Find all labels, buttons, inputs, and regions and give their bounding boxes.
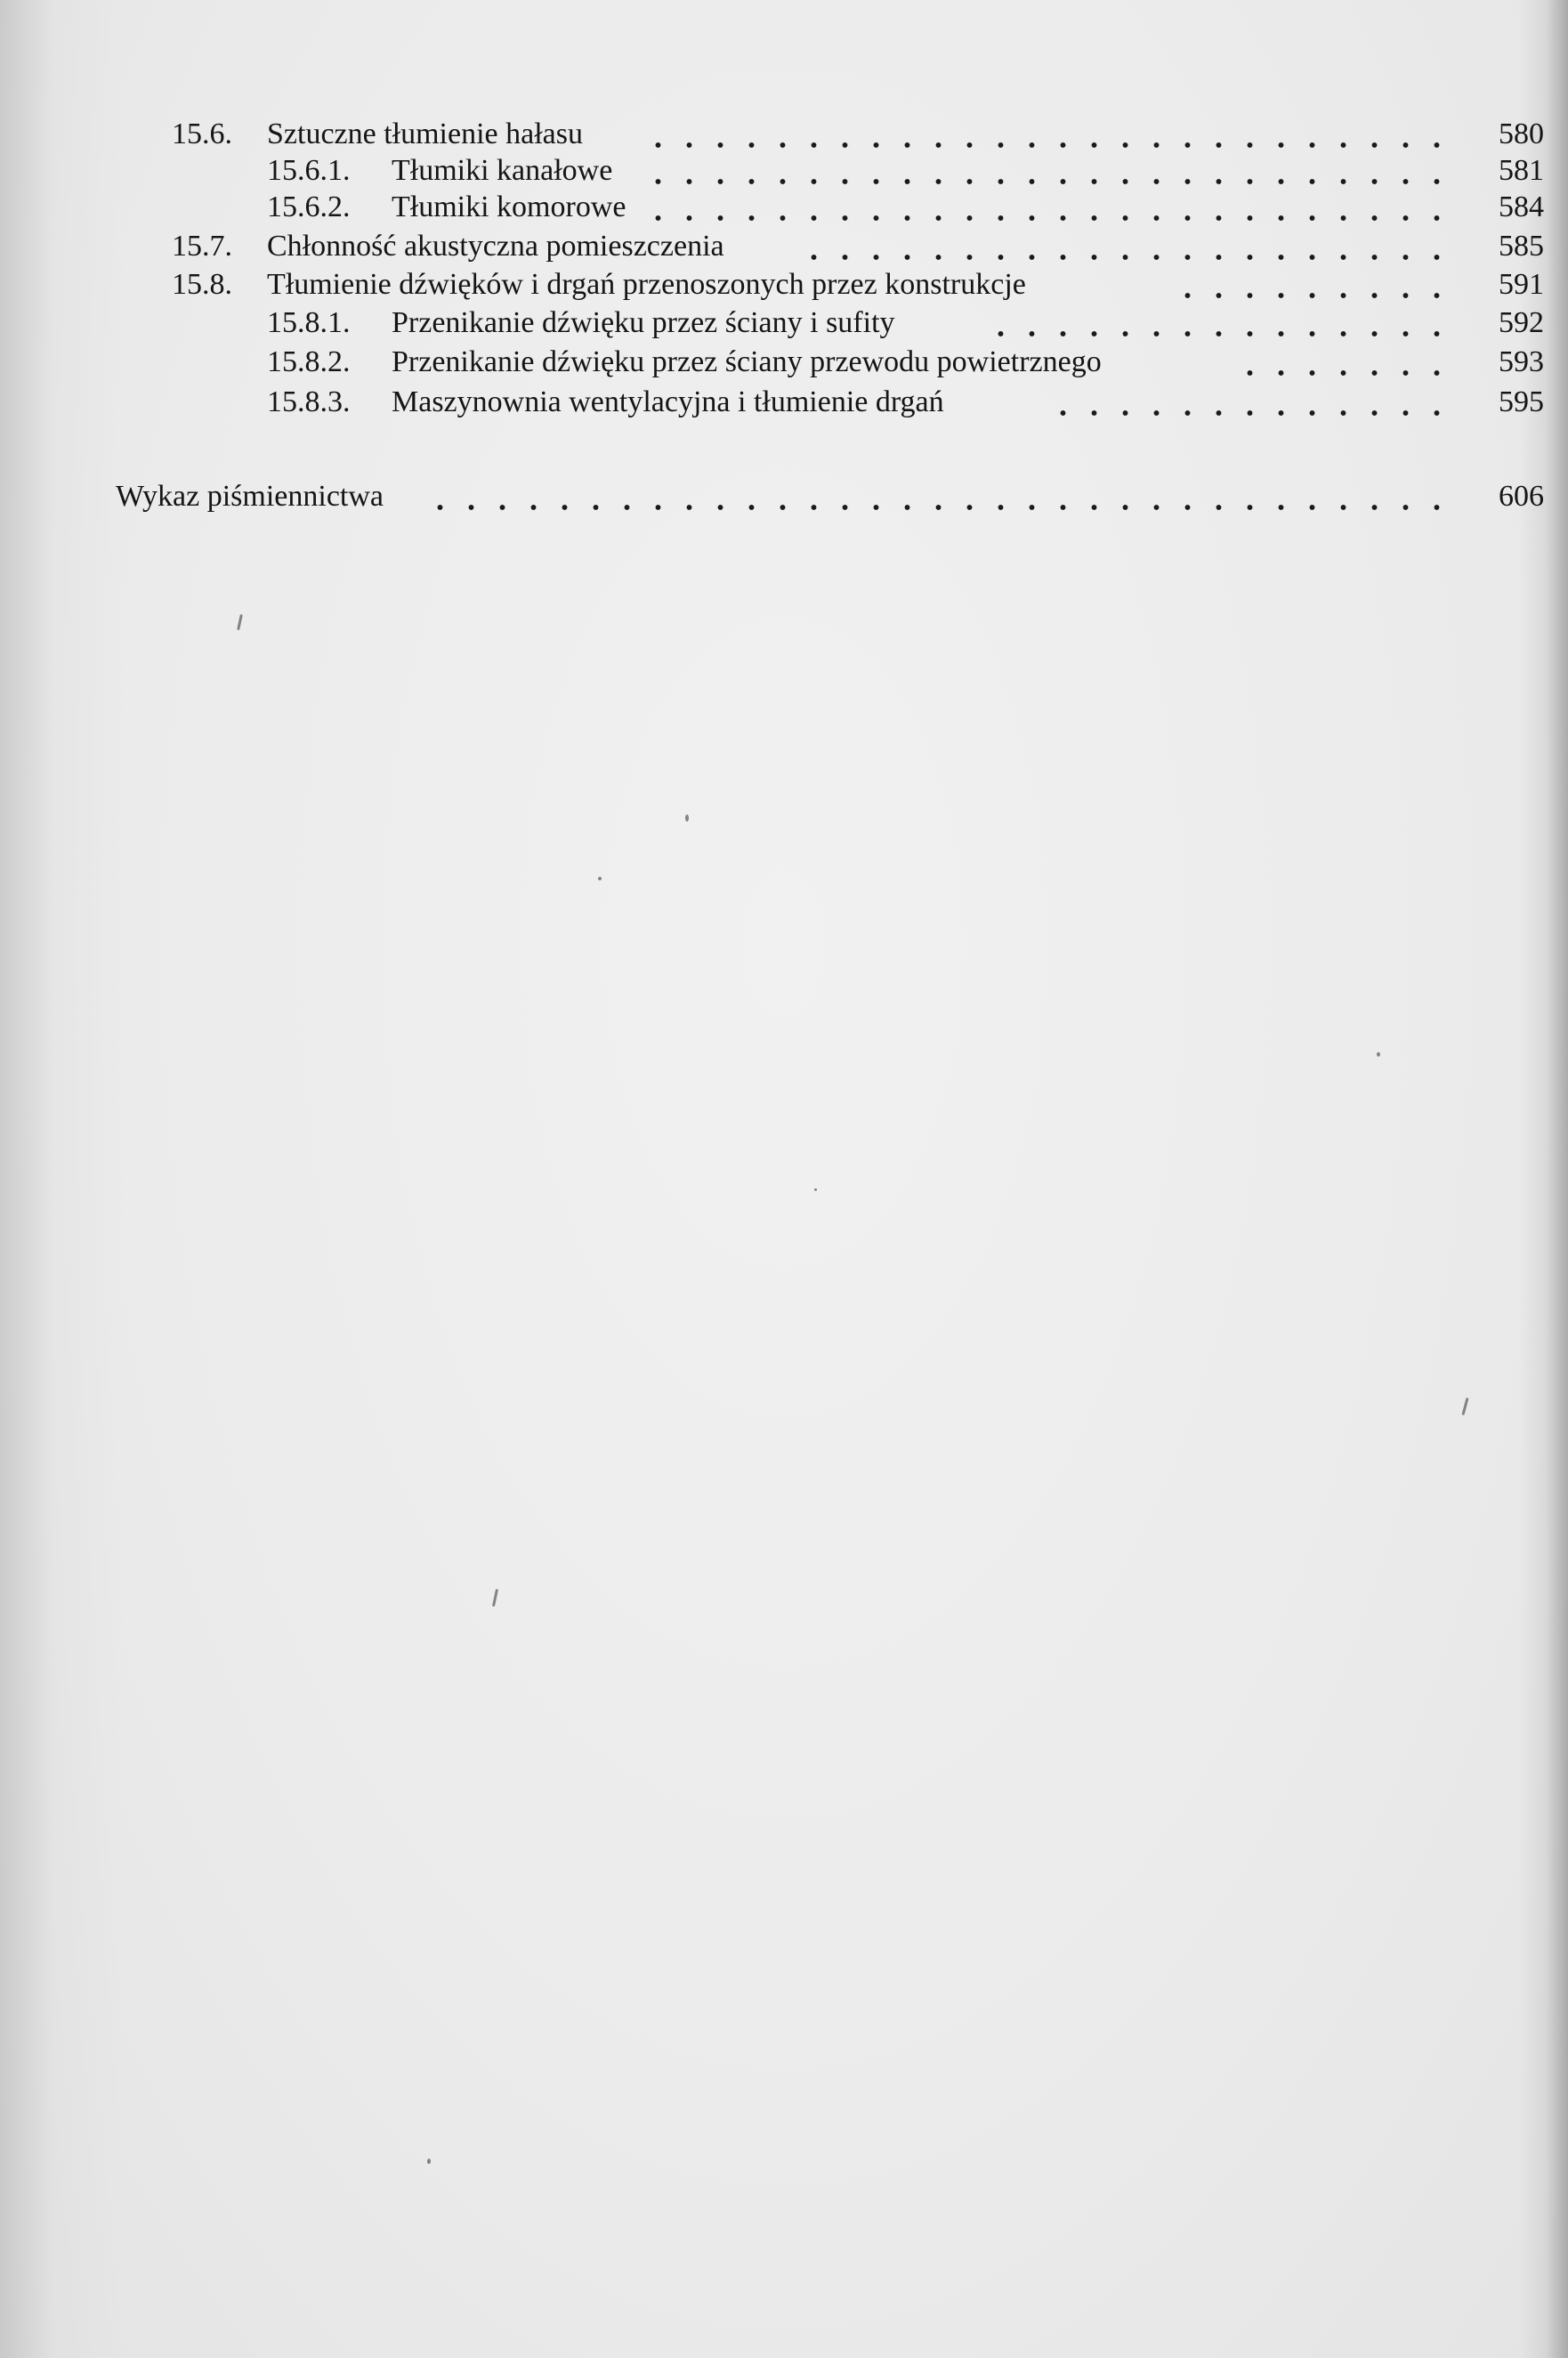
page-number: 584 (1495, 190, 1544, 225)
section-number: 15.6.2. (267, 190, 351, 225)
speck (814, 1188, 817, 1191)
section-title: Tłumienie dźwięków i drgań przenoszonych… (267, 267, 1026, 303)
section-title: Maszynownia wentylacyjna i tłumienie drg… (392, 385, 944, 420)
toc-entry[interactable]: 15.8.1. Przenikanie dźwięku przez ściany… (0, 305, 1568, 341)
section-number: 15.6. (172, 117, 232, 152)
dot-leader (1050, 385, 1459, 420)
page-number: 580 (1495, 117, 1544, 152)
section-number: 15.8.2. (267, 344, 351, 380)
dot-leader (654, 190, 1459, 225)
page-number: 591 (1495, 267, 1544, 303)
dot-leader (792, 229, 1459, 264)
speck (598, 877, 602, 880)
dot-leader (979, 305, 1459, 341)
toc-entry[interactable]: 15.7. Chłonność akustyczna pomieszczenia… (0, 229, 1568, 264)
page-number: 595 (1495, 385, 1544, 420)
section-number: 15.8.3. (267, 385, 351, 420)
speck (427, 2159, 431, 2164)
section-title: Sztuczne tłumienie hałasu (267, 117, 583, 152)
bibliography-title: Wykaz piśmiennictwa (116, 479, 384, 515)
section-number: 15.6.1. (267, 153, 351, 189)
dot-leader (1166, 267, 1459, 303)
page-number: 606 (1495, 479, 1544, 515)
toc-entry-bibliography[interactable]: Wykaz piśmiennictwa 606 (0, 479, 1568, 515)
toc-entry[interactable]: 15.6.1. Tłumiki kanałowe 581 (0, 153, 1568, 189)
page-number: 593 (1495, 344, 1544, 380)
dot-leader (645, 153, 1459, 189)
page-number: 592 (1495, 305, 1544, 341)
speck (1377, 1052, 1380, 1057)
section-number: 15.8. (172, 267, 232, 303)
toc-entry[interactable]: 15.8.3. Maszynownia wentylacyjna i tłumi… (0, 385, 1568, 420)
page-number: 581 (1495, 153, 1544, 189)
section-title: Tłumiki kanałowe (392, 153, 612, 189)
dot-leader (636, 117, 1459, 152)
toc-entry[interactable]: 15.6.2. Tłumiki komorowe 584 (0, 190, 1568, 225)
section-number: 15.8.1. (267, 305, 351, 341)
dot-leader (427, 479, 1459, 515)
section-title: Tłumiki komorowe (392, 190, 626, 225)
section-title: Przenikanie dźwięku przez ściany przewod… (392, 344, 1102, 380)
section-title: Przenikanie dźwięku przez ściany i sufit… (392, 305, 895, 341)
toc-entry[interactable]: 15.8. Tłumienie dźwięków i drgań przenos… (0, 267, 1568, 303)
page-number: 585 (1495, 229, 1544, 264)
section-title: Chłonność akustyczna pomieszczenia (267, 229, 724, 264)
section-number: 15.7. (172, 229, 232, 264)
toc-entry[interactable]: 15.6. Sztuczne tłumienie hałasu 580 (0, 117, 1568, 152)
toc-entry[interactable]: 15.8.2. Przenikanie dźwięku przez ściany… (0, 344, 1568, 380)
dot-leader (1237, 344, 1459, 380)
speck (685, 814, 689, 822)
